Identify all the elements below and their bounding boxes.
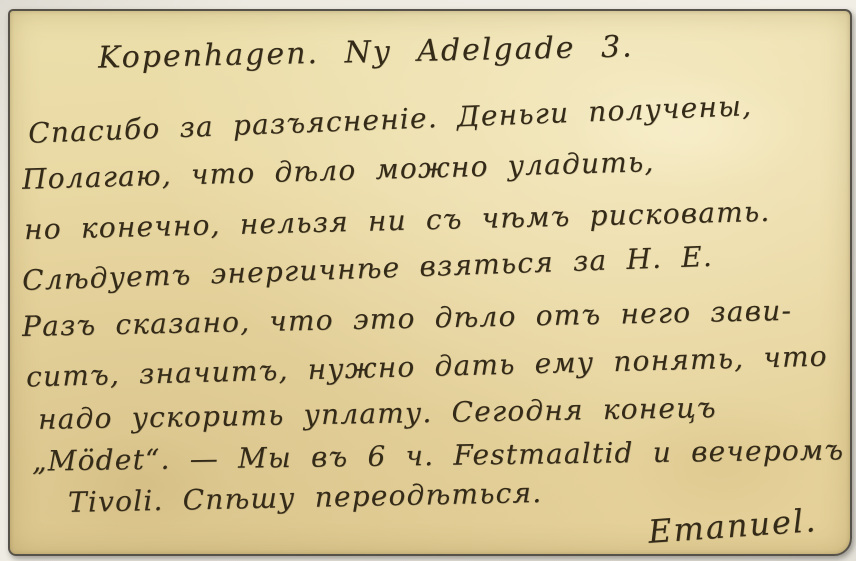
handwriting-line-1: Спасибо за разъясненіе. Деньги получены, <box>28 89 753 150</box>
postcard-paper: Kopenhagen. Ny Adelgade 3. Спасибо за ра… <box>8 9 852 556</box>
handwriting-line-6: ситъ, значитъ, нужно дать ему понять, чт… <box>26 340 828 394</box>
handwriting-line-9: Tivoli. Спѣшу переодѣться. <box>68 476 543 519</box>
handwriting-line-3: но конечно, нельзя ни съ чѣмъ рисковать. <box>24 195 771 246</box>
scanned-image: Kopenhagen. Ny Adelgade 3. Спасибо за ра… <box>0 0 856 561</box>
handwriting-line-7: надо ускорить уплату. Сегодня конецъ <box>38 391 717 436</box>
signature: Emanuel. <box>647 501 819 551</box>
handwriting-line-4: Слѣдуетъ энергичнѣе взяться за Н. Е. <box>22 240 714 297</box>
handwriting-line-2: Полагаю, что дѣло можно уладить, <box>22 145 655 196</box>
handwriting-line-8: „Mödet“. — Мы въ 6 ч. Festmaaltid и вече… <box>32 433 845 477</box>
handwriting-line-5: Разъ сказано, что это дѣло отъ него зави… <box>22 294 793 343</box>
address-line: Kopenhagen. Ny Adelgade 3. <box>98 29 634 75</box>
